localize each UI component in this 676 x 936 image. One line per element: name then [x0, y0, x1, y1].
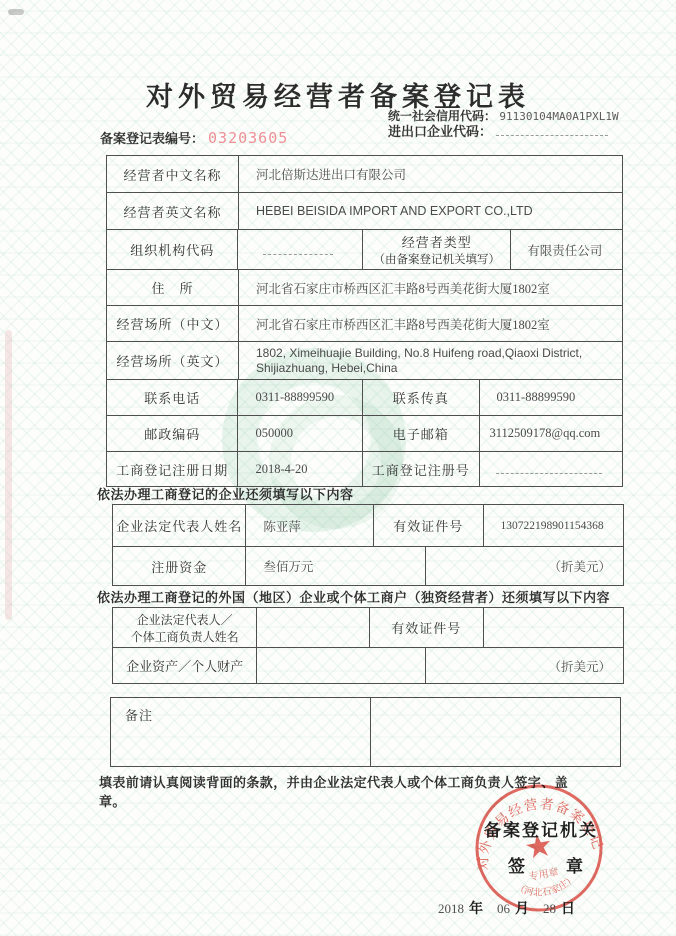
table-row: 经营场所（中文） 河北省石家庄市桥西区汇丰路8号西美花街大厦1802室 [107, 306, 622, 342]
table-row: 企业资产／个人财产 （折美元） [113, 648, 623, 683]
cell-value [480, 452, 622, 486]
cell-value: 0311-88899590 [480, 380, 622, 415]
credit-code-line: 统一社会信用代码： 91130104MA0A1PXL1W [388, 109, 619, 124]
codes-block: 统一社会信用代码： 91130104MA0A1PXL1W 进出口企业代码： [388, 109, 619, 139]
table-row: 经营者英文名称 HEBEI BEISIDA IMPORT AND EXPORT … [107, 193, 622, 230]
cell-label: 企业法定代表人／个体工商负责人姓名 [113, 608, 257, 647]
cell-label: 经营者中文名称 [107, 156, 239, 192]
cell-label: 有效证件号 [370, 608, 484, 647]
cell-label: 注册资金 [113, 547, 246, 585]
cell-label: 联系电话 [107, 380, 238, 415]
cell-label: 经营者英文名称 [107, 193, 239, 229]
remarks-value [371, 698, 620, 766]
sign-seal-label: 签 章 [508, 852, 595, 877]
table-row: 组织机构代码 经营者类型（由备案登记机关填写） 有限责任公司 [107, 230, 622, 270]
blank-field [263, 245, 333, 255]
form-number-value: 03203605 [208, 129, 288, 147]
cell-value: 130722198901154368 [484, 505, 624, 546]
remarks-label: 备注 [111, 698, 371, 766]
table-row: 注册资金 叁佰万元 （折美元） [113, 547, 623, 585]
cell-label: 工商登记注册日期 [107, 452, 238, 486]
cell-value: 河北倍斯达进出口有限公司 [239, 156, 622, 192]
cell-label: 组织机构代码 [107, 230, 238, 269]
two-line-label: 企业法定代表人／个体工商负责人姓名 [131, 611, 239, 645]
table-row: 企业法定代表人姓名 陈亚萍 有效证件号 130722198901154368 [113, 505, 623, 547]
cell-value [257, 648, 425, 683]
section3-heading: 依法办理工商登记的外国（地区）企业或个体工商户（独资经营者）还须填写以下内容 [97, 587, 610, 606]
cell-label: 邮政编码 [107, 416, 238, 451]
date-year-label: 年 [469, 898, 483, 918]
table-row: 联系电话 0311-88899590 联系传真 0311-88899590 [107, 380, 622, 416]
cell-value: 河北省石家庄市桥西区汇丰路8号西美花街大厦1802室 [239, 306, 622, 341]
credit-code-value: 91130104MA0A1PXL1W [499, 110, 618, 123]
cell-value: 2018-4-20 [238, 452, 363, 486]
ie-code-line: 进出口企业代码： [388, 124, 619, 139]
date-line: 2018 年 06 月 28 日 [438, 898, 575, 918]
cell-value: 3112509178@qq.com [480, 416, 622, 451]
cell-label: 工商登记注册号 [363, 452, 480, 486]
remarks-table: 备注 [110, 697, 621, 767]
cell-value: 050000 [238, 416, 363, 451]
table-row: 经营者中文名称 河北倍斯达进出口有限公司 [107, 156, 622, 193]
cell-label: 经营场所（中文） [107, 306, 239, 341]
cell-value: 河北省石家庄市桥西区汇丰路8号西美花街大厦1802室 [239, 270, 622, 305]
scan-edge-artifact [5, 330, 12, 620]
main-info-table: 经营者中文名称 河北倍斯达进出口有限公司 经营者英文名称 HEBEI BEISI… [106, 155, 623, 487]
cell-value [484, 608, 624, 647]
cell-value: 0311-88899590 [238, 380, 363, 415]
cell-label: 经营者类型（由备案登记机关填写） [363, 230, 511, 269]
ie-code-label: 进出口企业代码： [388, 124, 492, 139]
cell-value: 叁佰万元 [246, 547, 425, 585]
foreign-enterprise-table: 企业法定代表人／个体工商负责人姓名 有效证件号 企业资产／个人财产 （折美元） [112, 607, 624, 684]
form-number-line: 备案登记表编号：03203605 [100, 128, 288, 147]
cell-value: 陈亚萍 [246, 505, 374, 546]
cell-label: 经营场所（英文） [107, 342, 239, 379]
table-row: 住 所 河北省石家庄市桥西区汇丰路8号西美花街大厦1802室 [107, 270, 622, 306]
cell-label: 有效证件号 [374, 505, 484, 546]
date-year: 2018 [438, 901, 464, 917]
cell-label: 电子邮箱 [363, 416, 480, 451]
cell-value: （折美元） [426, 547, 623, 585]
cell-label: 住 所 [107, 270, 239, 305]
form-number-label: 备案登记表编号： [100, 131, 204, 146]
table-row: 备注 [111, 698, 620, 766]
cell-label: 企业法定代表人姓名 [113, 505, 246, 546]
registration-form-page: 对外贸易经营者备案登记表 备案登记表编号：03203605 统一社会信用代码： … [0, 0, 676, 936]
cell-value [238, 230, 363, 269]
operator-type-label: 经营者类型（由备案登记机关填写） [373, 232, 500, 267]
cell-value: 1802, Ximeihuajie Building, No.8 Huifeng… [239, 342, 622, 379]
cell-value: 有限责任公司 [511, 230, 622, 269]
table-row: 工商登记注册日期 2018-4-20 工商登记注册号 [107, 452, 622, 486]
table-row: 企业法定代表人／个体工商负责人姓名 有效证件号 [113, 608, 623, 648]
ie-code-blank-field [496, 126, 608, 136]
domestic-enterprise-table: 企业法定代表人姓名 陈亚萍 有效证件号 130722198901154368 注… [112, 504, 624, 586]
registration-authority-label: 备案登记机关 [484, 816, 598, 841]
section2-heading: 依法办理工商登记的企业还须填写以下内容 [97, 484, 354, 503]
cell-value: HEBEI BEISIDA IMPORT AND EXPORT CO.,LTD [239, 193, 622, 229]
scan-smudge-artifact [8, 9, 24, 15]
table-row: 经营场所（英文） 1802, Ximeihuajie Building, No.… [107, 342, 622, 380]
date-day: 28 [543, 901, 556, 917]
date-day-label: 日 [561, 898, 575, 918]
date-month-label: 月 [515, 898, 529, 918]
cell-label: 联系传真 [363, 380, 480, 415]
blank-field [496, 464, 602, 474]
credit-code-label: 统一社会信用代码： [388, 109, 496, 123]
table-row: 邮政编码 050000 电子邮箱 3112509178@qq.com [107, 416, 622, 452]
cell-value [257, 608, 370, 647]
cell-value: （折美元） [426, 648, 623, 683]
cell-label: 企业资产／个人财产 [113, 648, 257, 683]
date-month: 06 [497, 901, 510, 917]
